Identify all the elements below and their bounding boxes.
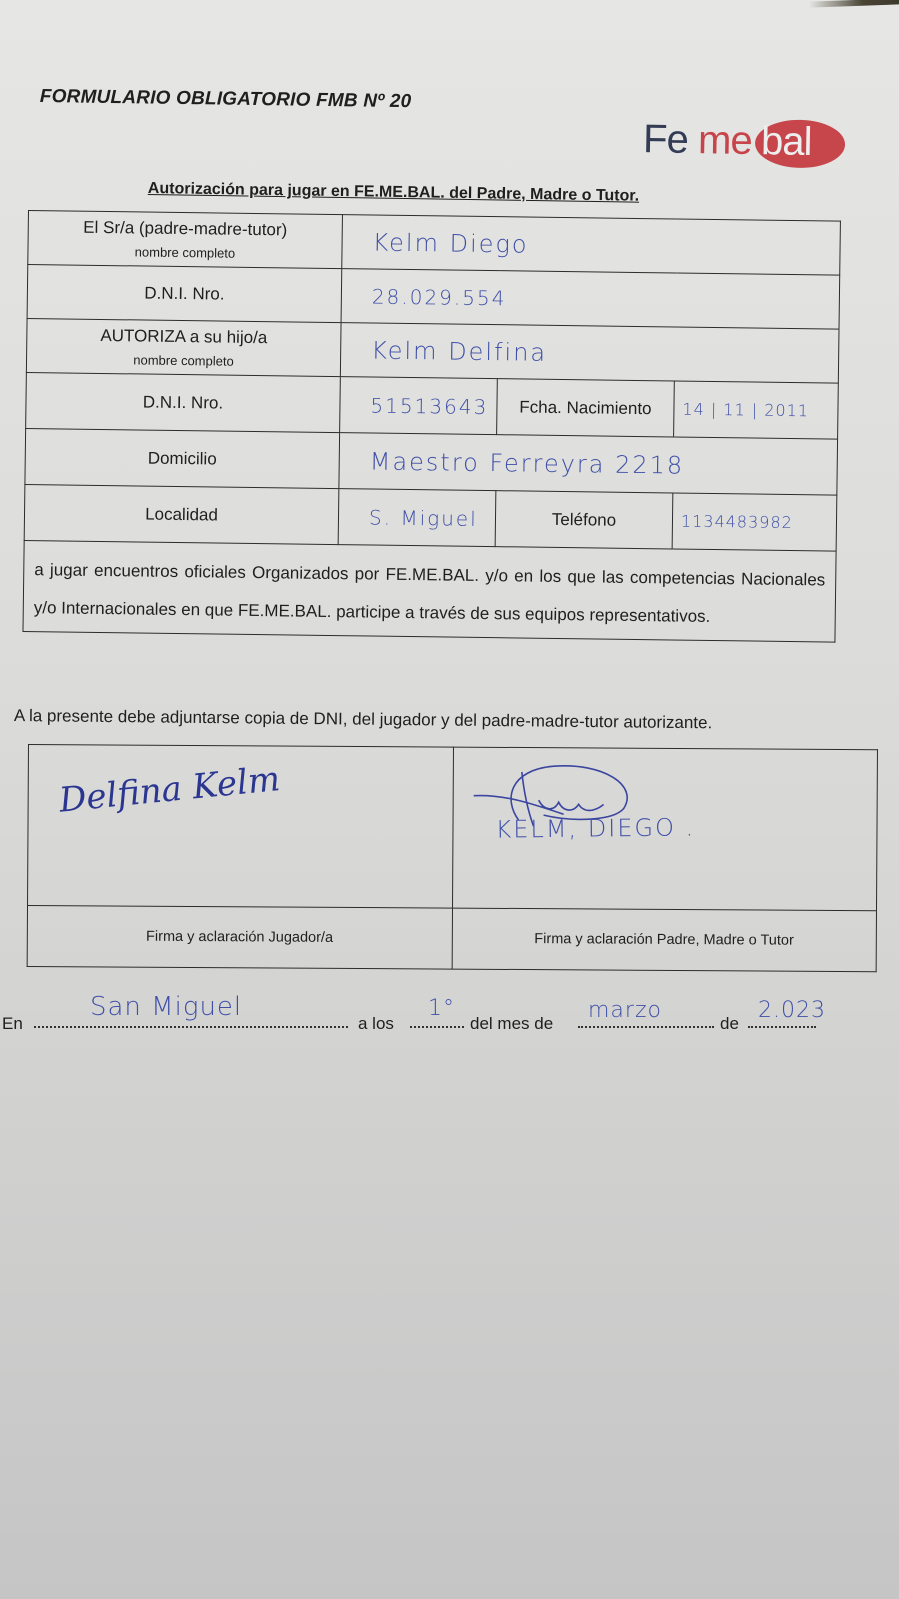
date-place-line: En San Miguel a los 1° del mes de marzo … [0, 992, 899, 1042]
parent-signature-caption: Firma y aclaración Padre, Madre o Tutor [452, 908, 877, 972]
player-signature: Delfina Kelm [57, 759, 282, 821]
address-label: Domicilio [25, 428, 340, 488]
child-dni-label: D.N.I. Nro. [26, 372, 341, 432]
locality-label: Localidad [24, 484, 339, 544]
parent-dni-label: D.N.I. Nro. [27, 265, 342, 323]
phone-label: Teléfono [495, 491, 673, 549]
year-field[interactable]: 2.023 [758, 998, 826, 1023]
month-field[interactable]: marzo [588, 998, 662, 1023]
address-field[interactable]: Maestro Ferreyra 2218 [339, 433, 838, 496]
background-object [809, 0, 899, 8]
signature-table: Delfina Kelm KELM, DIEGO . Firma y aclar… [27, 744, 878, 972]
de-label: de [720, 1014, 739, 1034]
birth-date-label: Fcha. Nacimiento [497, 379, 675, 437]
parent-name-label: El Sr/a (padre-madre-tutor)nombre comple… [28, 211, 343, 269]
child-dni-field[interactable]: 51513643 [340, 377, 498, 435]
form-subtitle: Autorización para jugar en FE.ME.BAL. de… [148, 180, 640, 206]
en-label: En [2, 1014, 23, 1034]
form-title: FORMULARIO OBLIGATORIO FMB Nº 20 [40, 86, 412, 113]
phone-field[interactable]: 1134483982 [672, 493, 837, 551]
parent-signature-box[interactable]: KELM, DIEGO . [452, 747, 877, 911]
player-signature-box[interactable]: Delfina Kelm [28, 745, 453, 909]
parent-clarification: KELM, DIEGO . [495, 813, 695, 843]
a-los-label: a los [358, 1014, 394, 1034]
player-signature-caption: Firma y aclaración Jugador/a [27, 906, 452, 970]
femebal-logo: Fe me bal [642, 115, 858, 179]
logo-text-fe: Fe [643, 117, 688, 163]
locality-field[interactable]: S. Miguel [338, 489, 496, 547]
place-field[interactable]: San Miguel [90, 992, 242, 1022]
parent-dni-field[interactable]: 28.029.554 [341, 269, 840, 330]
parent-name-field[interactable]: Kelm Diego [342, 215, 841, 276]
mes-label: del mes de [470, 1014, 553, 1034]
child-name-field[interactable]: Kelm Delfina [340, 323, 839, 384]
logo-text-me: me [698, 118, 752, 164]
attachment-note: A la presente debe adjuntarse copia de D… [14, 706, 713, 733]
day-field[interactable]: 1° [428, 996, 455, 1021]
logo-text-bal: bal [761, 119, 812, 165]
authorization-paragraph: a jugar encuentros oficiales Organizados… [23, 540, 836, 642]
birth-date-field[interactable]: 14 | 11 | 2011 [674, 381, 839, 439]
authorization-table: El Sr/a (padre-madre-tutor)nombre comple… [22, 210, 839, 643]
child-name-label: AUTORIZA a su hijo/anombre completo [26, 318, 341, 376]
